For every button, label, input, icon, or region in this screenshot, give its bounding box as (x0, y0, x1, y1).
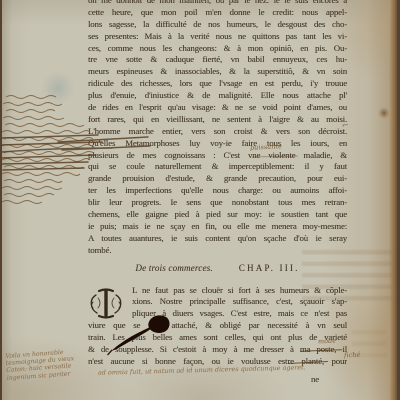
text-line: A toutes auantures, ie suis content qu'o… (88, 233, 347, 245)
interlinear-correction: mode (318, 337, 337, 346)
text-line: L ne faut pas se clouër si fort à ses hu… (88, 285, 347, 297)
torn-page-edge (389, 0, 397, 400)
book-page-scan: on me donnoit de mon maintien, ou par le… (0, 0, 400, 400)
marginalia-crossed-out (0, 90, 160, 212)
text-line: cette heure, que mon poil m'en donne le … (88, 7, 347, 19)
text-line: ridicule des richesses, lors que l'vsage… (88, 78, 347, 90)
ink-blot (100, 308, 190, 368)
text-line: lons sagesse, la difficulté de nos humeu… (88, 19, 347, 31)
text-line: xions. Nostre principalle suffisance, c'… (88, 296, 347, 308)
chapter-title-italic: De trois commerces. (135, 263, 212, 275)
text-line: on me donnoit de mon maintien, ou par le… (88, 0, 347, 7)
text-line: meurs espineuses & inassociables, & la s… (88, 66, 347, 78)
margin-note-bottom: Voila vn honorabletesmoignage du vieuxCa… (5, 347, 93, 382)
text-line: tombé. (88, 245, 347, 257)
text-line: ses presentes: Mais à la verité nous ne … (88, 31, 347, 43)
interlinear-correction: puissante (250, 142, 282, 152)
text-line: ces, comme nous les changeons: & à mon o… (88, 43, 347, 55)
pen-insertion-mark: ⌐ (342, 121, 349, 130)
chapter-heading: De trois commerces. Chap. III. (88, 263, 347, 277)
text-line: ie puis; mais ie ne sçay en fin, ou elle… (88, 221, 347, 233)
text-line: tre vne sotte & caduque fierté, vn babil… (88, 54, 347, 66)
chapter-number: Chap. III. (239, 263, 300, 275)
interlinear-correction: fiché (344, 351, 361, 360)
